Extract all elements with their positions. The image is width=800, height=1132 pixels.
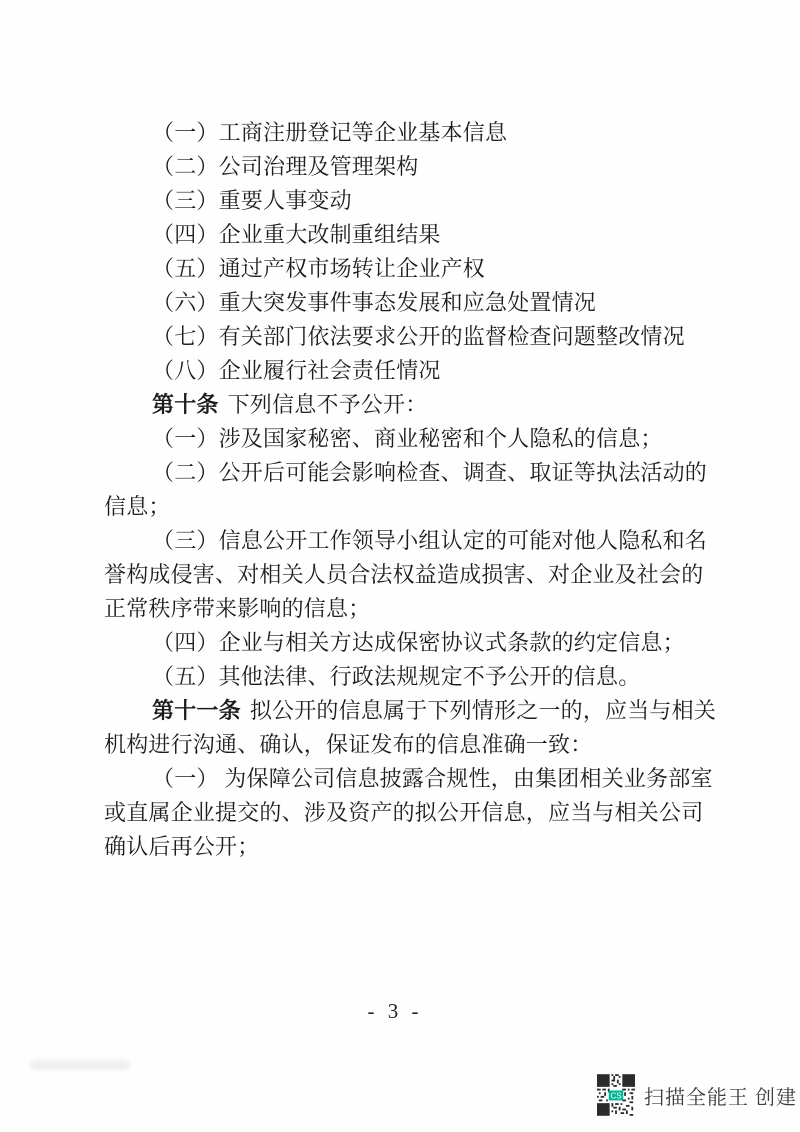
text-line: （三）重要人事变动 bbox=[104, 184, 700, 218]
line-text: 誉构成侵害、对相关人员合法权益造成损害、对企业及社会的 bbox=[104, 562, 703, 587]
scanner-watermark: CS 扫描全能王 创建 bbox=[597, 1074, 797, 1116]
text-line: （七）有关部门依法要求公开的监督检查问题整改情况 bbox=[104, 320, 700, 354]
text-line: （一）涉及国家秘密、商业秘密和个人隐私的信息； bbox=[104, 422, 700, 456]
line-text: （八）企业履行社会责任情况 bbox=[152, 358, 441, 383]
text-line: （八）企业履行社会责任情况 bbox=[104, 354, 700, 388]
text-line: 第十一条拟公开的信息属于下列情形之一的，应当与相关 bbox=[104, 694, 700, 728]
line-text: （三）重要人事变动 bbox=[152, 188, 352, 213]
line-text: （六）重大突发事件事态发展和应急处置情况 bbox=[152, 290, 596, 315]
document-body: （一）工商注册登记等企业基本信息 （二）公司治理及管理架构 （三）重要人事变动 … bbox=[104, 116, 700, 864]
article-number-bold: 第十一条 bbox=[152, 698, 241, 723]
line-text: 确认后再公开； bbox=[104, 834, 259, 859]
page-number: - 3 - bbox=[0, 999, 790, 1024]
scan-smudge-artifact bbox=[30, 1060, 130, 1070]
text-line: （三）信息公开工作领导小组认定的可能对他人隐私和名 bbox=[104, 524, 700, 558]
text-line: 机构进行沟通、确认，保证发布的信息准确一致： bbox=[104, 728, 700, 762]
line-text: （一） 为保障公司信息披露合规性，由集团相关业务部室 bbox=[152, 766, 713, 791]
line-text: （二）公开后可能会影响检查、调查、取证等执法活动的 bbox=[152, 460, 707, 485]
line-text: （四）企业与相关方达成保密协议式条款的约定信息； bbox=[152, 630, 685, 655]
line-text: （七）有关部门依法要求公开的监督检查问题整改情况 bbox=[152, 324, 685, 349]
camscanner-logo-text: CS bbox=[610, 1091, 621, 1100]
text-line: 确认后再公开； bbox=[104, 830, 700, 864]
text-line: （四）企业与相关方达成保密协议式条款的约定信息； bbox=[104, 626, 700, 660]
text-line: （一） 为保障公司信息披露合规性，由集团相关业务部室 bbox=[104, 762, 700, 796]
scanned-document-page: （一）工商注册登记等企业基本信息 （二）公司治理及管理架构 （三）重要人事变动 … bbox=[0, 0, 800, 1132]
text-line: （二）公开后可能会影响检查、调查、取证等执法活动的 bbox=[104, 456, 700, 490]
line-text: 或直属企业提交的、涉及资产的拟公开信息，应当与相关公司 bbox=[104, 800, 703, 825]
camscanner-qr-icon: CS bbox=[597, 1074, 635, 1116]
line-text: 正常秩序带来影响的信息； bbox=[104, 596, 370, 621]
text-line: 正常秩序带来影响的信息； bbox=[104, 592, 700, 626]
text-line: （一）工商注册登记等企业基本信息 bbox=[104, 116, 700, 150]
line-text: （一）涉及国家秘密、商业秘密和个人隐私的信息； bbox=[152, 426, 663, 451]
line-text: （三）信息公开工作领导小组认定的可能对他人隐私和名 bbox=[152, 528, 707, 553]
line-text: 信息； bbox=[104, 494, 171, 519]
line-text: （二）公司治理及管理架构 bbox=[152, 154, 418, 179]
line-text: 机构进行沟通、确认，保证发布的信息准确一致： bbox=[104, 732, 592, 757]
camscanner-label: 扫描全能王 创建 bbox=[644, 1081, 797, 1110]
text-line: 或直属企业提交的、涉及资产的拟公开信息，应当与相关公司 bbox=[104, 796, 700, 830]
text-line: （二）公司治理及管理架构 bbox=[104, 150, 700, 184]
line-text: （一）工商注册登记等企业基本信息 bbox=[152, 120, 507, 145]
line-text: （五）其他法律、行政法规规定不予公开的信息。 bbox=[152, 664, 640, 689]
text-line: （六）重大突发事件事态发展和应急处置情况 bbox=[104, 286, 700, 320]
line-text: 拟公开的信息属于下列情形之一的，应当与相关 bbox=[250, 698, 716, 723]
article-number-bold: 第十条 bbox=[152, 392, 219, 417]
text-line: （四）企业重大改制重组结果 bbox=[104, 218, 700, 252]
line-text: （五）通过产权市场转让企业产权 bbox=[152, 256, 485, 281]
line-text: （四）企业重大改制重组结果 bbox=[152, 222, 441, 247]
text-line: 信息； bbox=[104, 490, 700, 524]
line-text: 下列信息不予公开： bbox=[228, 392, 428, 417]
text-line: （五）通过产权市场转让企业产权 bbox=[104, 252, 700, 286]
text-line: 第十条下列信息不予公开： bbox=[104, 388, 700, 422]
text-line: 誉构成侵害、对相关人员合法权益造成损害、对企业及社会的 bbox=[104, 558, 700, 592]
text-line: （五）其他法律、行政法规规定不予公开的信息。 bbox=[104, 660, 700, 694]
